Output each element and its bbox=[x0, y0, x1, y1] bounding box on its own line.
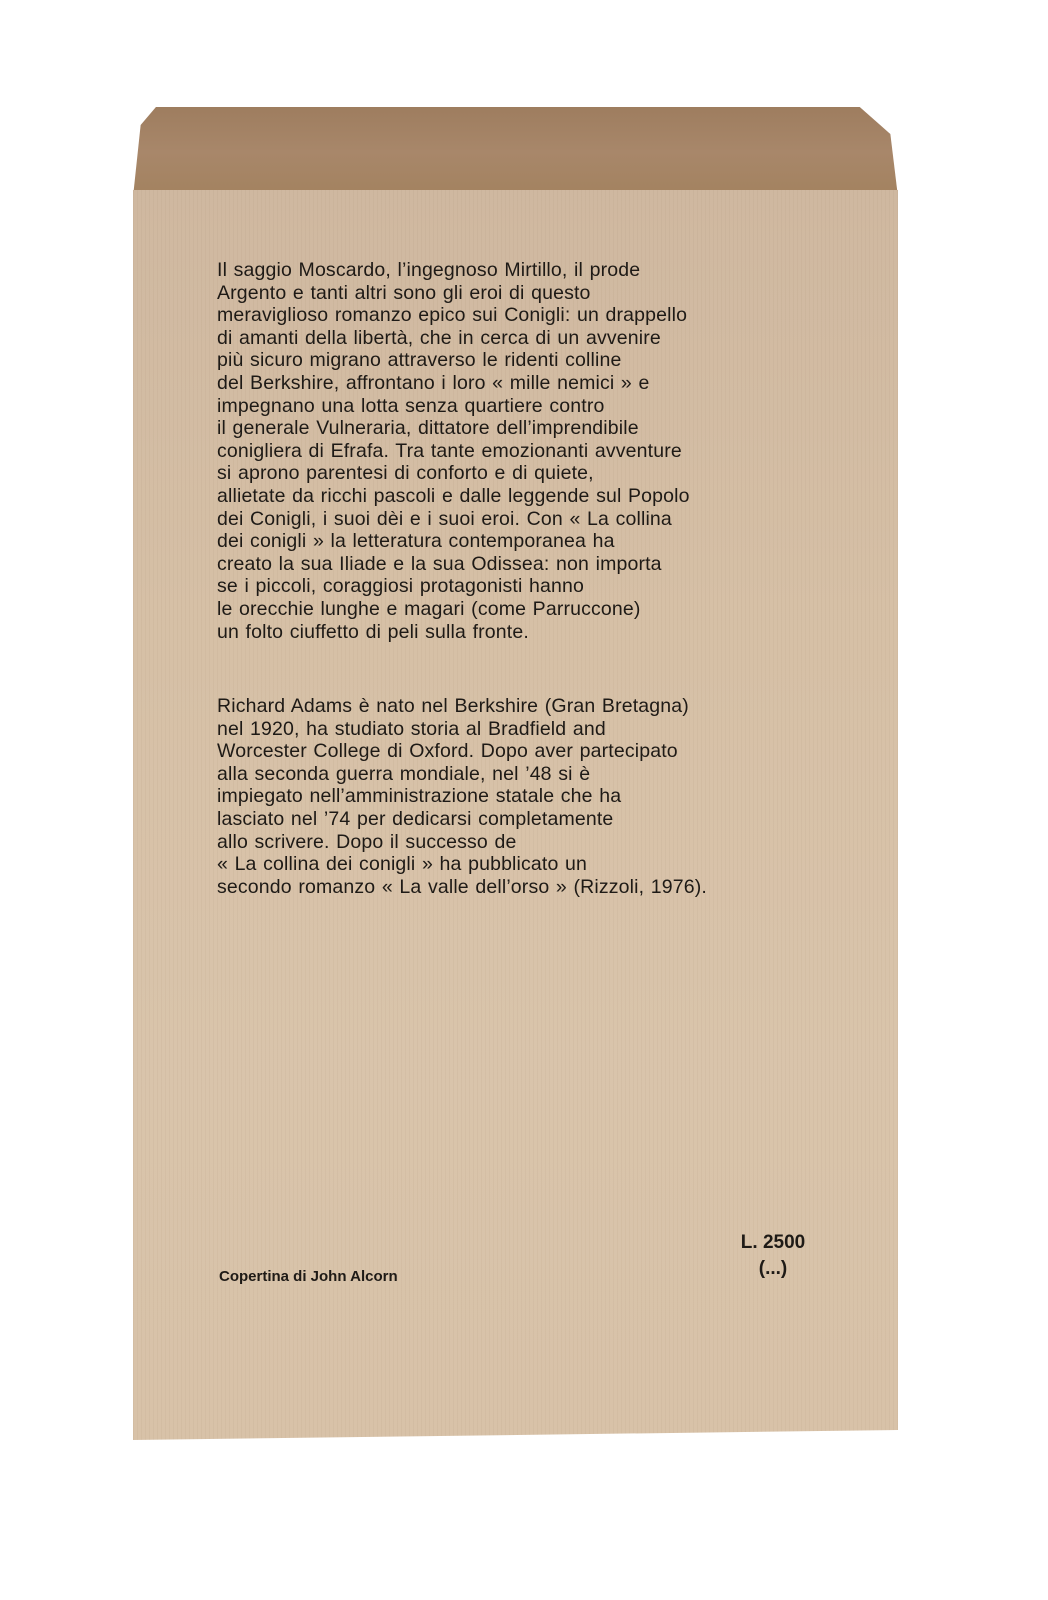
synopsis-paragraph: Il saggio Moscardo, l’ingegnoso Mirtillo… bbox=[217, 259, 817, 643]
price-code: (...) bbox=[728, 1258, 818, 1280]
text-line: più sicuro migrano attraverso le ridenti… bbox=[217, 349, 817, 372]
text-line: Il saggio Moscardo, l’ingegnoso Mirtillo… bbox=[217, 259, 817, 282]
text-line: del Berkshire, affrontano i loro « mille… bbox=[217, 372, 817, 395]
text-line: secondo romanzo « La valle dell’orso » (… bbox=[217, 876, 817, 899]
cover-credit: Copertina di John Alcorn bbox=[219, 1268, 398, 1285]
text-line: alla seconda guerra mondiale, nel ’48 si… bbox=[217, 763, 817, 786]
text-line: lasciato nel ’74 per dedicarsi completam… bbox=[217, 808, 817, 831]
book-top-edge bbox=[133, 107, 898, 197]
text-line: le orecchie lunghe e magari (come Parruc… bbox=[217, 598, 817, 621]
text-line: Worcester College di Oxford. Dopo aver p… bbox=[217, 740, 817, 763]
text-line: il generale Vulneraria, dittatore dell’i… bbox=[217, 417, 817, 440]
author-bio-paragraph: Richard Adams è nato nel Berkshire (Gran… bbox=[217, 695, 817, 898]
text-line: creato la sua Iliade e la sua Odissea: n… bbox=[217, 553, 817, 576]
text-line: meraviglioso romanzo epico sui Conigli: … bbox=[217, 304, 817, 327]
text-line: allietate da ricchi pascoli e dalle legg… bbox=[217, 485, 817, 508]
text-line: un folto ciuffetto di peli sulla fronte. bbox=[217, 621, 817, 644]
text-line: dei Conigli, i suoi dèi e i suoi eroi. C… bbox=[217, 508, 817, 531]
text-line: di amanti della libertà, che in cerca di… bbox=[217, 327, 817, 350]
text-line: Richard Adams è nato nel Berkshire (Gran… bbox=[217, 695, 817, 718]
text-line: si aprono parentesi di conforto e di qui… bbox=[217, 462, 817, 485]
text-line: se i piccoli, coraggiosi protagonisti ha… bbox=[217, 575, 817, 598]
text-line: allo scrivere. Dopo il successo de bbox=[217, 831, 817, 854]
price-block: L. 2500 (...) bbox=[728, 1232, 818, 1280]
text-line: « La collina dei conigli » ha pubblicato… bbox=[217, 853, 817, 876]
price-label: L. 2500 bbox=[741, 1232, 805, 1253]
text-line: impiegato nell’amministrazione statale c… bbox=[217, 785, 817, 808]
text-line: nel 1920, ha studiato storia al Bradfiel… bbox=[217, 718, 817, 741]
text-line: conigliera di Efrafa. Tra tante emoziona… bbox=[217, 440, 817, 463]
text-line: Argento e tanti altri sono gli eroi di q… bbox=[217, 282, 817, 305]
text-line: dei conigli » la letteratura contemporan… bbox=[217, 530, 817, 553]
text-line: impegnano una lotta senza quartiere cont… bbox=[217, 395, 817, 418]
